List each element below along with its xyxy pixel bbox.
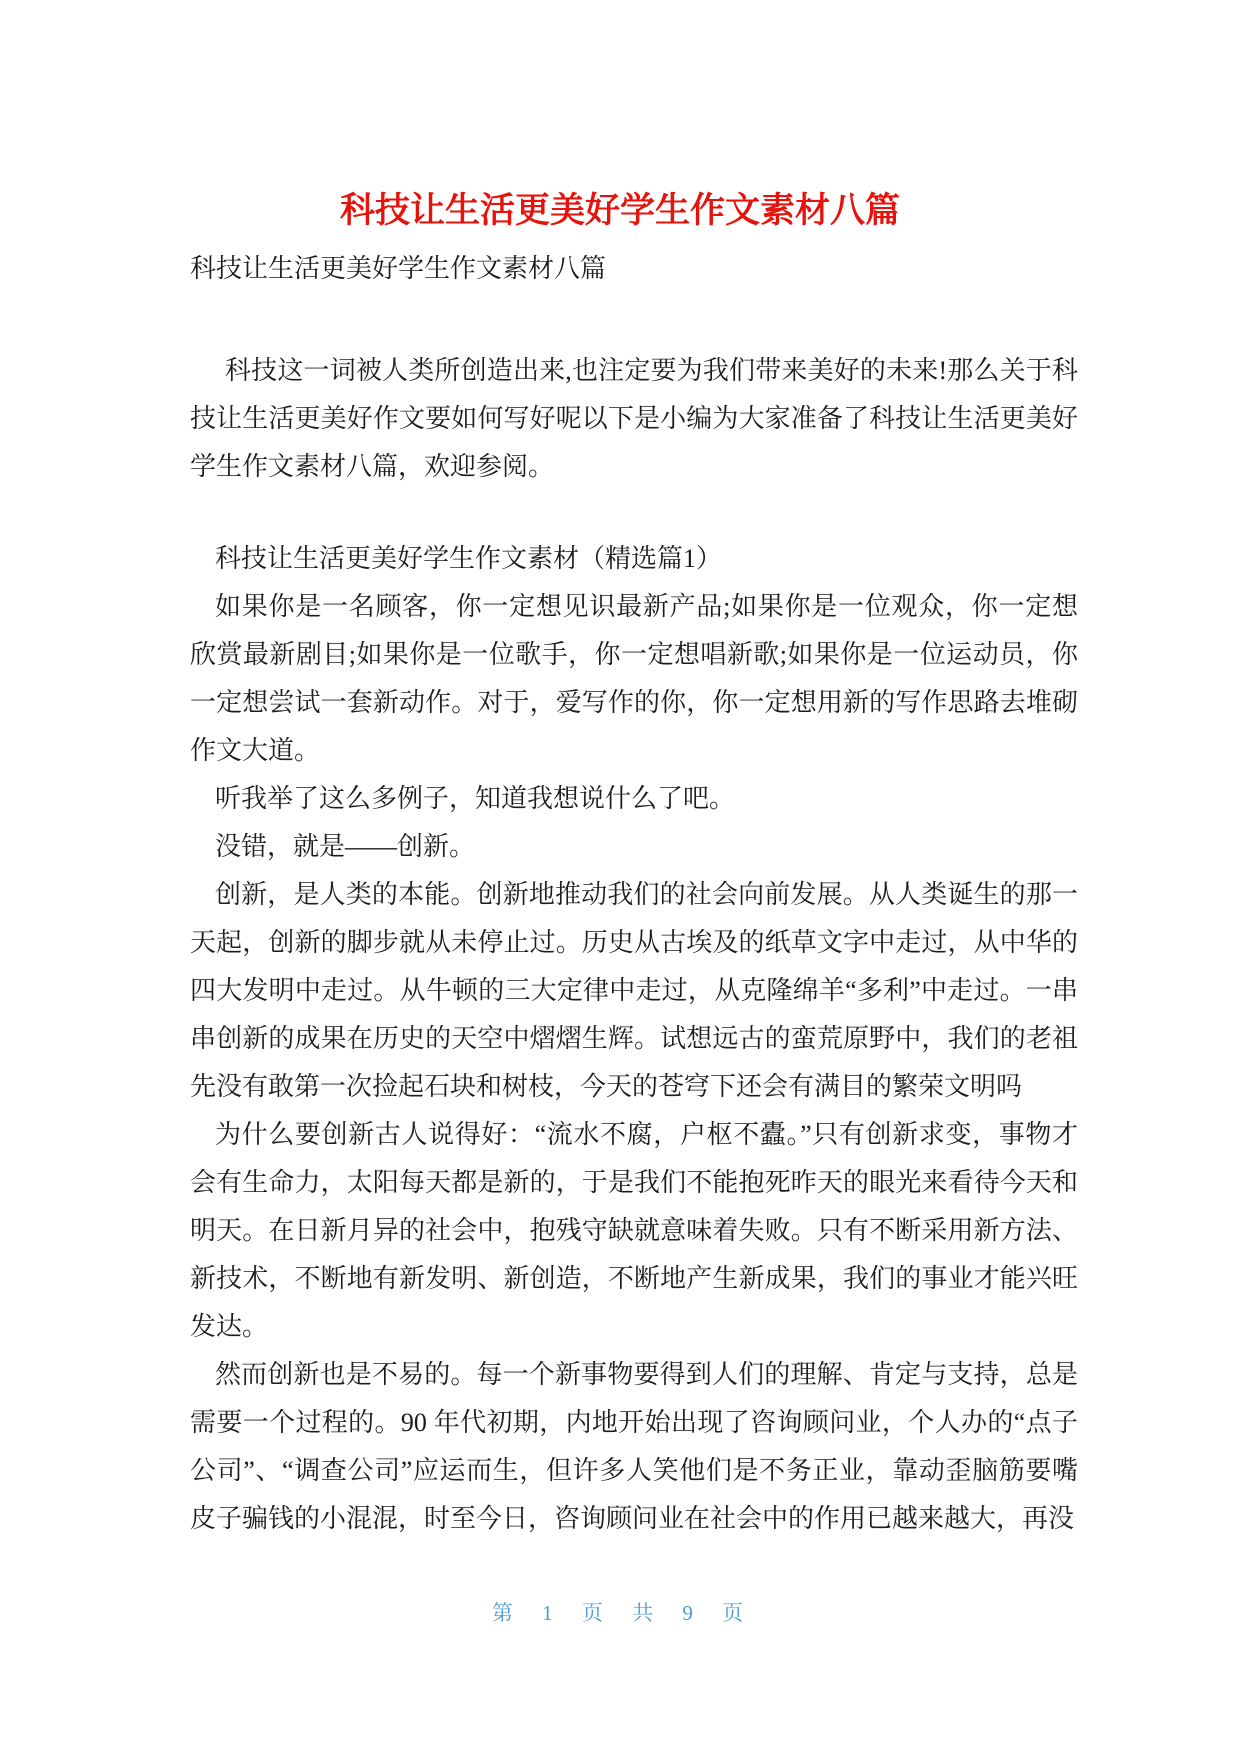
paragraph-why-innovate: 为什么要创新古人说得好：“流水不腐，户枢不蠹。”只有创新求变，事物才会有生命力，… xyxy=(190,1111,1078,1351)
paragraph-innovation-difficulty: 然而创新也是不易的。每一个新事物要得到人们的理解、肯定与支持，总是需要一个过程的… xyxy=(190,1351,1078,1543)
document-page: 科技让生活更美好学生作文素材八篇 科技让生活更美好学生作文素材八篇 科技这一词被… xyxy=(0,0,1240,1753)
document-body: 科技让生活更美好学生作文素材八篇 科技这一词被人类所创造出来,也注定要为我们带来… xyxy=(190,245,1078,1543)
paragraph-intro: 科技这一词被人类所创造出来,也注定要为我们带来美好的未来!那么关于科技让生活更美… xyxy=(190,347,1078,491)
paragraph-innovation-history: 创新，是人类的本能。创新地推动我们的社会向前发展。从人类诞生的那一天起，创新的脚… xyxy=(190,871,1078,1111)
page-number-footer: 第 1 页 共 9 页 xyxy=(0,1596,1240,1630)
paragraph-innovation-answer: 没错，就是——创新。 xyxy=(190,823,1078,871)
document-subtitle: 科技让生活更美好学生作文素材八篇 xyxy=(190,245,1078,293)
paragraph-customer-examples: 如果你是一名顾客，你一定想见识最新产品;如果你是一位观众，你一定想欣赏最新剧目;… xyxy=(190,583,1078,775)
document-title: 科技让生活更美好学生作文素材八篇 xyxy=(0,187,1240,235)
section-heading-part1: 科技让生活更美好学生作文素材（精选篇1） xyxy=(190,535,1078,583)
paragraph-listen-examples: 听我举了这么多例子，知道我想说什么了吧。 xyxy=(190,775,1078,823)
